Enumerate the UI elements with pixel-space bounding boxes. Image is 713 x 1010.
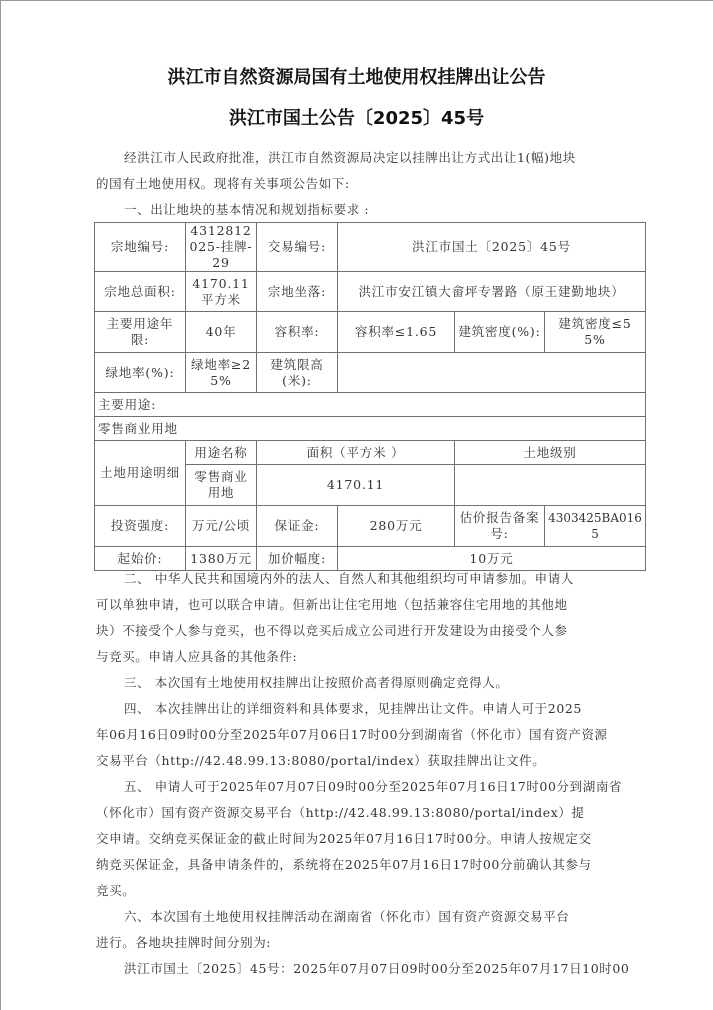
trade-no-label: 交易编号: <box>257 223 338 272</box>
location-value: 洪江市安江镇大畲坪专署路（原王建勤地块） <box>338 272 646 312</box>
intro-line-1: 经洪江市人民政府批准，洪江市自然资源局决定以挂牌出让方式出让1(幅)地块 <box>124 150 576 165</box>
section-4-line-3: 交易平台（http://42.48.99.13:8080/portal/inde… <box>96 753 545 768</box>
use-detail-header-area: 面积（平方米 ） <box>257 441 455 465</box>
intro-line-2: 的国有土地使用权。现将有关事项公告如下: <box>96 176 350 191</box>
section-2-line-1: 二、 中华人民共和国境内外的法人、自然人和其他组织均可申请参加。申请人 <box>124 571 574 586</box>
section-5-line-4: 纳竞买保证金，具备申请条件的，系统将在2025年07月16日17时00分前确认其… <box>96 857 592 872</box>
height-value <box>338 353 646 393</box>
green-label: 绿地率(%): <box>95 353 186 393</box>
section-5-line-3: 交申请。交纳竞买保证金的截止时间为2025年07月16日17时00分。申请人按规… <box>96 831 592 846</box>
use-detail-header-name: 用途名称 <box>186 441 257 465</box>
main-use-value: 零售商业用地 <box>95 417 646 441</box>
section-5-line-5: 竞买。 <box>96 883 135 898</box>
height-label: 建筑限高(米): <box>257 353 338 393</box>
intro-paragraph: 经洪江市人民政府批准，洪江市自然资源局决定以挂牌出让方式出让1(幅)地块 的国有… <box>96 145 656 223</box>
use-detail-name: 零售商业用地 <box>186 465 257 506</box>
total-area-label: 宗地总面积: <box>95 272 186 312</box>
document-number: 洪江市国土公告〔2025〕45号 <box>0 104 713 130</box>
section-6-line-3: 洪江市国土〔2025〕45号：2025年07月07日09时00分至2025年07… <box>124 961 630 976</box>
table-row: 宗地总面积: 4170.11平方米 宗地坐落: 洪江市安江镇大畲坪专署路（原王建… <box>95 272 646 312</box>
section-1-heading: 一、出让地块的基本情况和规划指标要求 : <box>124 202 369 217</box>
table-row: 宗地编号: 4312812025-挂牌-29 交易编号: 洪江市国土〔2025〕… <box>95 223 646 272</box>
term-label: 主要用途年限: <box>95 312 186 353</box>
section-2-line-2: 可以单独申请，也可以联合申请。但新出让住宅用地（包括兼容住宅用地的其他地 <box>96 597 568 612</box>
section-6-line-1: 六、本次国有土地使用权挂牌活动在湖南省（怀化市）国有资产资源交易平台 <box>124 909 569 924</box>
total-area-value: 4170.11平方米 <box>186 272 257 312</box>
deposit-value: 280万元 <box>338 506 455 547</box>
table-row: 土地用途明细 用途名称 面积（平方米 ） 土地级别 <box>95 441 646 465</box>
section-5-line-2: （怀化市）国有资产资源交易平台（http://42.48.99.13:8080/… <box>96 805 585 820</box>
section-4-line-1: 四、 本次挂牌出让的详细资料和具体要求，见挂牌出让文件。申请人可于2025 <box>124 701 582 716</box>
section-5-line-1: 五、 申请人可于2025年07月07日09时00分至2025年07月16日17时… <box>124 779 622 794</box>
far-value: 容积率≤1.65 <box>338 312 455 353</box>
location-label: 宗地坐落: <box>257 272 338 312</box>
use-detail-header-grade: 土地级别 <box>455 441 646 465</box>
use-detail-area: 4170.11 <box>257 465 455 506</box>
investment-value: 万元/公顷 <box>186 506 257 547</box>
parcel-no-value: 4312812025-挂牌-29 <box>186 223 257 272</box>
parcel-info-table: 宗地编号: 4312812025-挂牌-29 交易编号: 洪江市国土〔2025〕… <box>94 222 646 571</box>
section-3-line-1: 三、 本次国有土地使用权挂牌出让按照价高者得原则确定竞得人。 <box>124 675 508 690</box>
appraisal-value: 4303425BA0165 <box>545 506 646 547</box>
far-label: 容积率: <box>257 312 338 353</box>
table-row: 投资强度: 万元/公顷 保证金: 280万元 估价报告备案号: 4303425B… <box>95 506 646 547</box>
investment-label: 投资强度: <box>95 506 186 547</box>
green-value: 绿地率≥25% <box>186 353 257 393</box>
trade-no-value: 洪江市国土〔2025〕45号 <box>338 223 646 272</box>
section-4-line-2: 年06月16日09时00分至2025年07月06日17时00分到湖南省（怀化市）… <box>96 727 608 742</box>
body-sections: 二、 中华人民共和国境内外的法人、自然人和其他组织均可申请参加。申请人 可以单独… <box>96 566 656 982</box>
table-row: 零售商业用地 <box>95 417 646 441</box>
use-detail-label: 土地用途明细 <box>95 441 186 506</box>
term-value: 40年 <box>186 312 257 353</box>
section-6-line-2: 进行。各地块挂牌时间分别为: <box>96 935 271 950</box>
parcel-no-label: 宗地编号: <box>95 223 186 272</box>
table-row: 绿地率(%): 绿地率≥25% 建筑限高(米): <box>95 353 646 393</box>
main-use-label: 主要用途: <box>95 393 646 417</box>
appraisal-label: 估价报告备案号: <box>455 506 545 547</box>
use-detail-grade <box>455 465 646 506</box>
table-row: 主要用途: <box>95 393 646 417</box>
density-value: 建筑密度≤55% <box>545 312 646 353</box>
section-2-line-3: 块）不接受个人参与竞买，也不得以竞买后成立公司进行开发建设为由接受个人参 <box>96 623 568 638</box>
section-2-line-4: 与竞买。申请人应具备的其他条件: <box>96 649 297 664</box>
density-label: 建筑密度(%): <box>455 312 545 353</box>
document-title: 洪江市自然资源局国有土地使用权挂牌出让公告 <box>0 63 713 89</box>
deposit-label: 保证金: <box>257 506 338 547</box>
table-row: 主要用途年限: 40年 容积率: 容积率≤1.65 建筑密度(%): 建筑密度≤… <box>95 312 646 353</box>
